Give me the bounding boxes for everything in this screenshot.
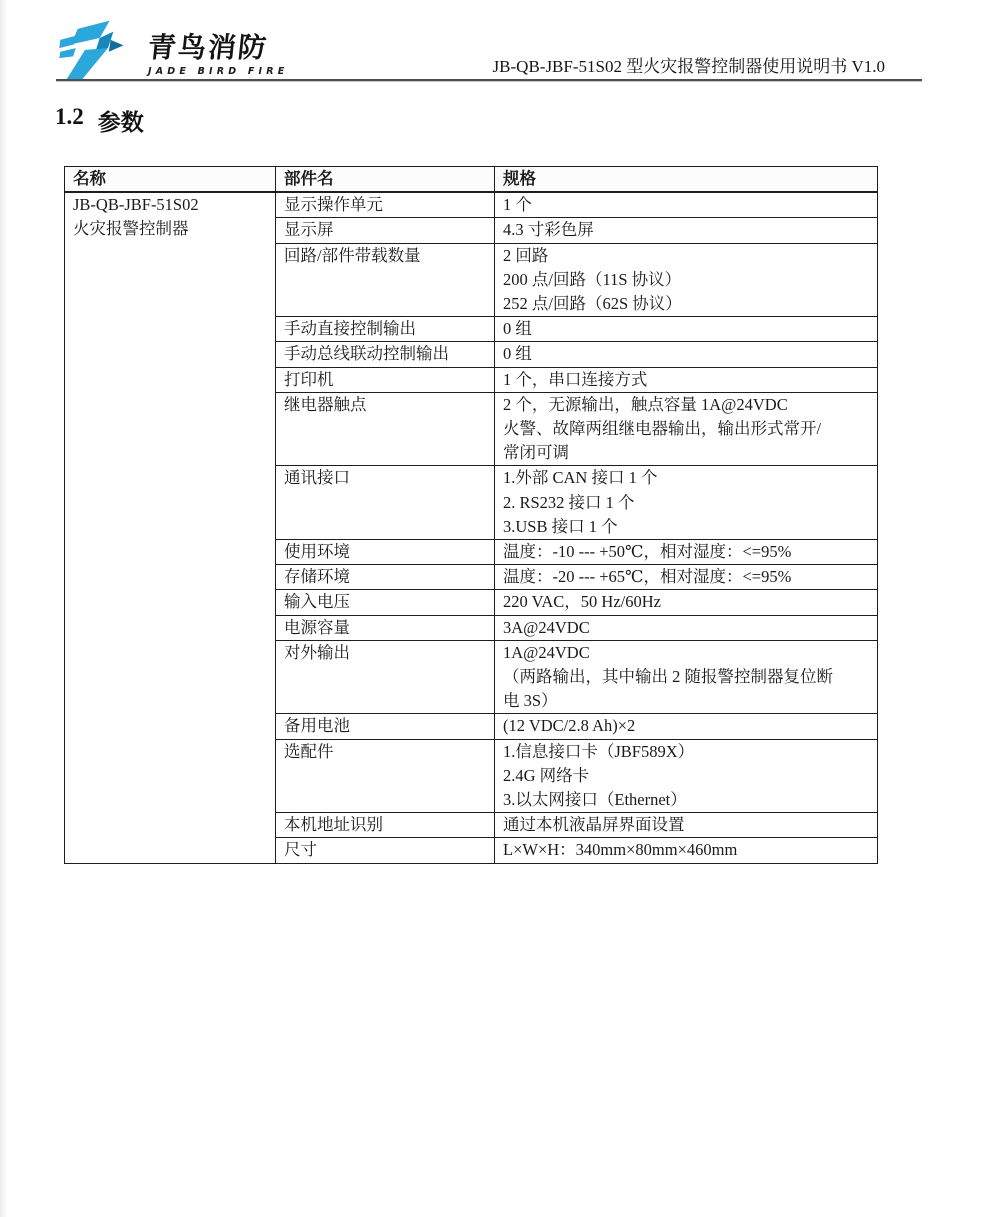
spec-cell: 220 VAC，50 Hz/60Hz: [495, 590, 878, 615]
spec-line: 电 3S）: [503, 689, 871, 713]
spec-line: 3.以太网接口（Ethernet）: [503, 788, 871, 812]
part-name-cell: 选配件: [276, 739, 495, 813]
jade-bird-logo-icon: [54, 16, 138, 87]
spec-line: 1A@24VDC: [503, 641, 871, 665]
spec-line: 220 VAC，50 Hz/60Hz: [503, 590, 871, 614]
spec-cell: 1.外部 CAN 接口 1 个2. RS232 接口 1 个3.USB 接口 1…: [495, 466, 878, 540]
product-name-cell: JB-QB-JBF-51S02火灾报警控制器: [65, 192, 276, 863]
brand-header: 青鸟消防 JADE BIRD FIRE: [54, 16, 288, 87]
spec-line: 1.信息接口卡（JBF589X）: [503, 740, 871, 764]
part-name-cell: 手动总线联动控制输出: [276, 342, 495, 367]
logo-beak-shape: [109, 40, 124, 52]
spec-cell: 温度：-20 --- +65℃，相对湿度：<=95%: [495, 565, 878, 590]
product-name-line: JB-QB-JBF-51S02: [73, 193, 269, 217]
spec-line: 0 组: [503, 317, 871, 341]
spec-line: 200 点/回路（11S 协议）: [503, 268, 871, 292]
spec-line: (12 VDC/2.8 Ah)×2: [503, 714, 871, 738]
spec-cell: 2 回路200 点/回路（11S 协议）252 点/回路（62S 协议）: [495, 243, 878, 317]
part-name-cell: 显示屏: [276, 218, 495, 243]
spec-line: 温度：-20 --- +65℃，相对湿度：<=95%: [503, 565, 871, 589]
spec-cell: 2 个，无源输出，触点容量 1A@24VDC火警、故障两组继电器输出，输出形式常…: [495, 392, 878, 466]
spec-line: （两路输出，其中输出 2 随报警控制器复位断: [503, 665, 871, 689]
part-name-cell: 输入电压: [276, 590, 495, 615]
spec-cell: 1.信息接口卡（JBF589X）2.4G 网络卡3.以太网接口（Ethernet…: [495, 739, 878, 813]
spec-line: 常闭可调: [503, 441, 871, 465]
spec-cell: 3A@24VDC: [495, 615, 878, 640]
part-name-cell: 备用电池: [276, 714, 495, 739]
header-divider-rule: [56, 79, 922, 81]
brand-name-chinese: 青鸟消防: [146, 33, 290, 63]
document-title: JB-QB-JBF-51S02 型火灾报警控制器使用说明书 V1.0: [493, 52, 885, 77]
spec-cell: 0 组: [495, 317, 878, 342]
spec-line: 252 点/回路（62S 协议）: [503, 292, 871, 316]
spec-line: 2. RS232 接口 1 个: [503, 491, 871, 515]
part-name-cell: 存储环境: [276, 565, 495, 590]
spec-cell: 通过本机液晶屏界面设置: [495, 813, 878, 838]
brand-name-english: JADE BIRD FIRE: [148, 66, 288, 77]
brand-text-block: 青鸟消防 JADE BIRD FIRE: [148, 33, 288, 77]
part-name-cell: 本机地址识别: [276, 813, 495, 838]
spec-line: 1 个: [503, 193, 871, 217]
product-name-line: 火灾报警控制器: [73, 217, 269, 241]
section-title: 参数: [98, 104, 144, 137]
section-number: 1.2: [55, 104, 84, 137]
part-name-cell: 显示操作单元: [276, 192, 495, 218]
part-name-cell: 继电器触点: [276, 392, 495, 466]
section-heading: 1.2 参数: [55, 104, 144, 137]
table-row: JB-QB-JBF-51S02火灾报警控制器显示操作单元1 个: [65, 192, 878, 218]
part-name-cell: 使用环境: [276, 540, 495, 565]
spec-table-body: JB-QB-JBF-51S02火灾报警控制器显示操作单元1 个显示屏4.3 寸彩…: [65, 192, 878, 863]
spec-line: 火警、故障两组继电器输出，输出形式常开/: [503, 417, 871, 441]
spec-table-container: 名称 部件名 规格 JB-QB-JBF-51S02火灾报警控制器显示操作单元1 …: [64, 166, 878, 864]
part-name-cell: 手动直接控制输出: [276, 317, 495, 342]
spec-cell: 1 个，串口连接方式: [495, 367, 878, 392]
spec-cell: (12 VDC/2.8 Ah)×2: [495, 714, 878, 739]
part-name-cell: 电源容量: [276, 615, 495, 640]
spec-line: 3.USB 接口 1 个: [503, 515, 871, 539]
spec-line: L×W×H：340mm×80mm×460mm: [503, 838, 871, 862]
logo-tail-shape-2: [59, 48, 76, 58]
part-name-cell: 对外输出: [276, 640, 495, 714]
part-name-cell: 尺寸: [276, 838, 495, 863]
spec-line: 3A@24VDC: [503, 616, 871, 640]
logo-tail-shape-1: [59, 35, 77, 48]
spec-cell: L×W×H：340mm×80mm×460mm: [495, 838, 878, 863]
spec-line: 0 组: [503, 342, 871, 366]
table-header-row: 名称 部件名 规格: [65, 167, 878, 193]
spec-line: 温度：-10 --- +50℃，相对湿度：<=95%: [503, 540, 871, 564]
spec-line: 2 个，无源输出，触点容量 1A@24VDC: [503, 393, 871, 417]
spec-cell: 4.3 寸彩色屏: [495, 218, 878, 243]
spec-cell: 温度：-10 --- +50℃，相对湿度：<=95%: [495, 540, 878, 565]
spec-line: 1 个，串口连接方式: [503, 368, 871, 392]
column-header-part: 部件名: [276, 167, 495, 193]
spec-cell: 1A@24VDC（两路输出，其中输出 2 随报警控制器复位断电 3S）: [495, 640, 878, 714]
spec-table: 名称 部件名 规格 JB-QB-JBF-51S02火灾报警控制器显示操作单元1 …: [64, 166, 878, 864]
column-header-name: 名称: [65, 167, 276, 193]
part-name-cell: 回路/部件带载数量: [276, 243, 495, 317]
part-name-cell: 打印机: [276, 367, 495, 392]
spec-cell: 1 个: [495, 192, 878, 218]
page-edge-shadow: [0, 0, 7, 1217]
spec-cell: 0 组: [495, 342, 878, 367]
column-header-spec: 规格: [495, 167, 878, 193]
spec-line: 通过本机液晶屏界面设置: [503, 813, 871, 837]
part-name-cell: 通讯接口: [276, 466, 495, 540]
spec-line: 4.3 寸彩色屏: [503, 218, 871, 242]
spec-line: 2.4G 网络卡: [503, 764, 871, 788]
spec-line: 2 回路: [503, 244, 871, 268]
spec-line: 1.外部 CAN 接口 1 个: [503, 466, 871, 490]
